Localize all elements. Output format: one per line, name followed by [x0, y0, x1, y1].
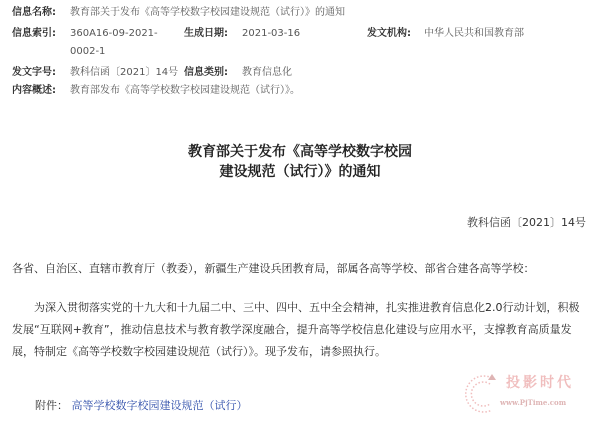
issuer-label: 发文机构:: [367, 27, 411, 41]
gen-date-label: 生成日期:: [184, 27, 228, 41]
issuer-value: 中华人民共和国教育部: [424, 27, 524, 41]
category-label: 信息类别:: [184, 66, 228, 80]
watermark-logo-icon: [462, 372, 502, 416]
title-line-1: 教育部关于发布《高等学校数字校园: [0, 142, 600, 162]
watermark-name: 投影时代: [506, 372, 574, 392]
attachment-label: 附件：: [35, 399, 68, 412]
attachment: 附件： 高等学校数字校园建设规范（试行）: [35, 397, 248, 413]
meta-row-info-index-cont: 0002-1: [0, 45, 600, 59]
document-title: 教育部关于发布《高等学校数字校园 建设规范（试行）》的通知: [0, 142, 600, 182]
addressee: 各省、自治区、直辖市教育厅（教委），新疆生产建设兵团教育局，部属各高等学校、部省…: [12, 258, 592, 280]
body-paragraph: 为深入贯彻落实党的十九大和十九届二中、三中、四中、五中全会精神，扎实推进教育信息…: [12, 297, 590, 363]
info-name-value: 教育部关于发布《高等学校数字校园建设规范（试行）》的通知: [70, 6, 345, 20]
info-index-label: 信息索引:: [12, 27, 56, 41]
meta-row-summary: 内容概述: 教育部发布《高等学校数字校园建设规范（试行）》。: [0, 84, 600, 98]
meta-row-doc-number: 发文字号: 教科信函〔2021〕14号 信息类别: 教育信息化: [0, 66, 600, 80]
document-number: 教科信函〔2021〕14号: [467, 214, 586, 230]
summary-label: 内容概述:: [12, 84, 56, 98]
doc-number-label: 发文字号:: [12, 66, 56, 80]
title-line-2: 建设规范（试行）》的通知: [0, 162, 600, 182]
doc-number-value: 教科信函〔2021〕14号: [70, 66, 178, 80]
info-index-value: 360A16-09-2021-: [70, 27, 158, 41]
attachment-link[interactable]: 高等学校数字校园建设规范（试行）: [72, 399, 248, 412]
watermark: 投影时代 www.PjTime.com: [462, 370, 600, 418]
meta-row-info-name: 信息名称: 教育部关于发布《高等学校数字校园建设规范（试行）》的通知: [0, 6, 600, 20]
category-value: 教育信息化: [242, 66, 292, 80]
meta-row-info-index: 信息索引: 360A16-09-2021- 生成日期: 2021-03-16 发…: [0, 27, 600, 41]
watermark-url: www.PjTime.com: [500, 398, 566, 407]
gen-date-value: 2021-03-16: [242, 27, 300, 41]
info-name-label: 信息名称:: [12, 6, 56, 20]
summary-value: 教育部发布《高等学校数字校园建设规范（试行）》。: [70, 84, 300, 98]
info-index-value-cont: 0002-1: [70, 45, 105, 59]
